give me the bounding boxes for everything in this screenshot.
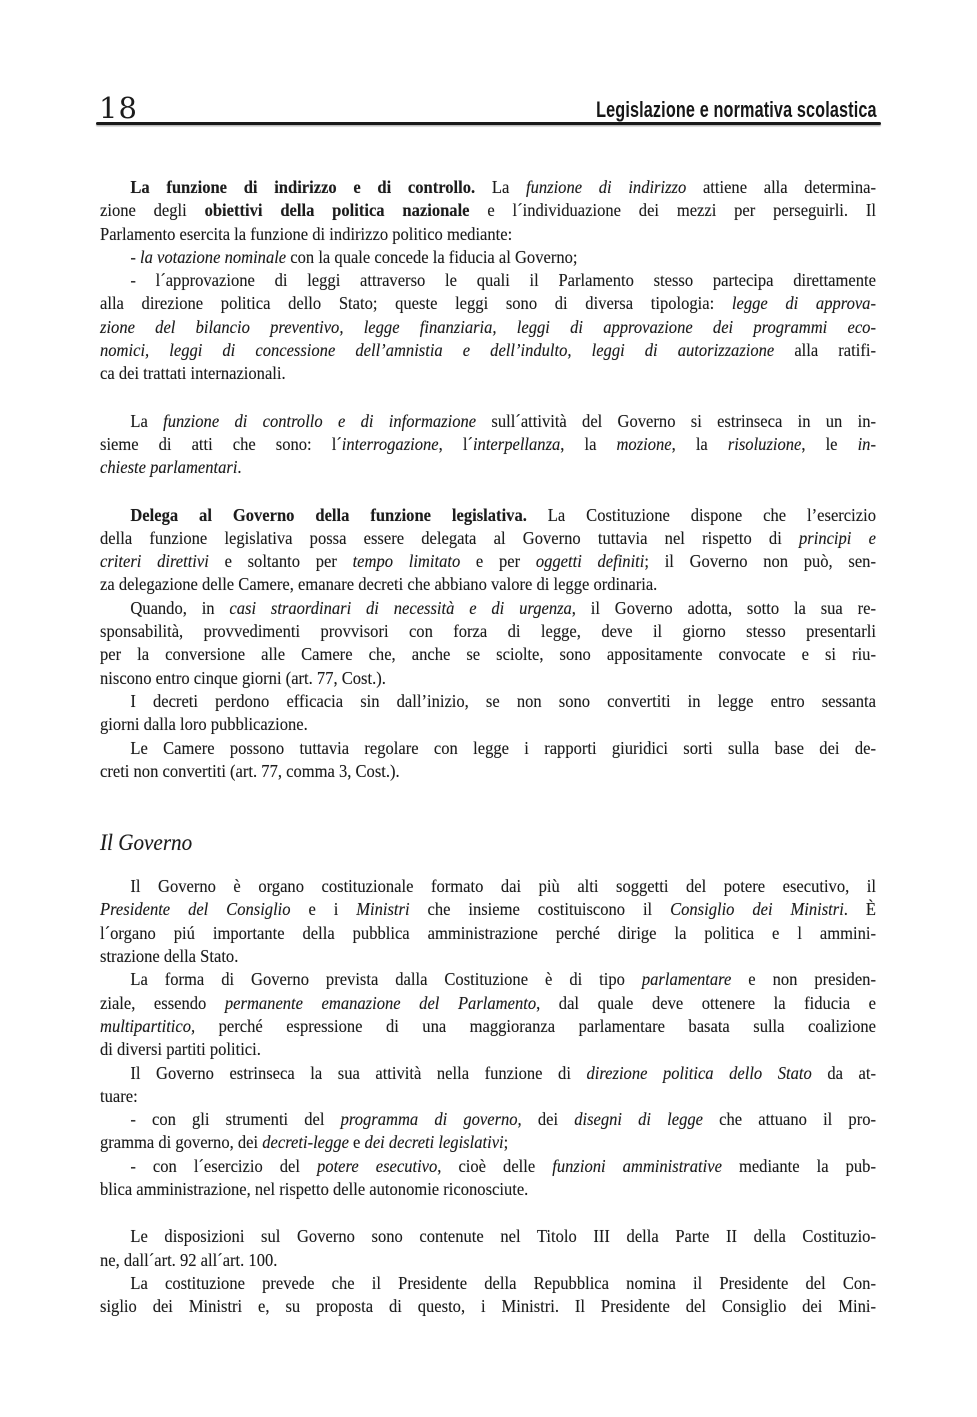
text-segment: ziale, essendo [100,993,225,1013]
text-segment: funzione di indirizzo [526,177,686,197]
text-segment: Ministri [356,899,409,919]
text-segment: , la [560,434,616,454]
text-segment: ca dei trattati internazionali. [100,363,286,383]
text-segment: alla direzione politica dello Stato; que… [100,293,732,313]
text-segment: zione degli [100,200,205,220]
text-line: - con gli strumenti del programma di gov… [100,1108,876,1131]
paragraph: - con l´esercizio del potere esecutivo, … [100,1155,876,1202]
text-segment: Il Governo è organo costituzionale forma… [130,876,876,896]
text-line: Quando, in casi straordinari di necessit… [100,597,876,620]
text-segment: e soltanto per [209,551,353,571]
text-segment: dei [522,1109,574,1129]
text-segment: mozione [616,434,671,454]
paragraph: La costituzione prevede che il President… [100,1272,876,1319]
text-segment: interpellanza [473,434,560,454]
text-segment: Quando, in [130,598,229,618]
text-segment: potere esecutivo [317,1156,437,1176]
text-segment: strazione della Stato. [100,946,238,966]
text-segment: ; il Governo non può, sen- [644,551,876,571]
paragraph: La forma di Governo prevista dalla Costi… [100,968,876,1061]
text-segment: e l´individuazione dei mezzi per persegu… [470,200,876,220]
text-segment: , il Governo adotta, sotto la sua re- [572,598,876,618]
text-segment: sponsabilità, provvedimenti provvisori c… [100,621,876,641]
text-segment: , dal quale deve ottenere la fiducia e [536,993,876,1013]
paragraph: Le disposizioni sul Governo sono contenu… [100,1225,876,1272]
text-line: di diversi partiti politici. [100,1038,876,1061]
paragraph: Il Governo è organo costituzionale forma… [100,875,876,968]
text-line: multipartitico, perché espressione di un… [100,1015,876,1038]
text-line: tuare: [100,1085,876,1108]
text-segment: obiettivi della politica nazionale [205,200,470,220]
text-line: I decreti perdono efficacia sin dall’ini… [100,690,876,713]
section-heading: Il Governo [100,827,876,858]
text-segment: permanente emanazione del Parlamento [225,993,536,1013]
text-segment: blica amministrazione, nel rispetto dell… [100,1179,528,1199]
text-segment: gramma di governo, dei [100,1132,262,1152]
text-line: creti non convertiti (art. 77, comma 3, … [100,760,876,783]
text-segment: , l´ [439,434,473,454]
text-segment: programma di governo, [341,1109,522,1129]
text-segment: decreti-legge [262,1132,349,1152]
text-segment: - l´approvazione di leggi attraverso le … [130,270,876,290]
text-segment: multipartitico, [100,1016,195,1036]
text-segment: casi straordinari di necessità e di urge… [229,598,571,618]
paragraph: Quando, in casi straordinari di necessit… [100,597,876,690]
text-segment: creti non convertiti (art. 77, comma 3, … [100,761,400,781]
text-segment: La costituzione prevede che il President… [130,1273,876,1293]
text-segment: Parlamento esercita la funzione di indir… [100,224,512,244]
text-segment: , cioè delle [437,1156,552,1176]
text-segment: alla ratifi- [774,340,876,360]
paragraph: Delega al Governo della funzione legisla… [100,504,876,597]
text-segment: La [475,177,526,197]
text-segment: Le disposizioni sul Governo sono contenu… [130,1226,876,1246]
text-segment: legge di approva- [732,293,876,313]
text-segment: sieme di atti che sono: l´ [100,434,342,454]
text-segment: . È [844,899,876,919]
text-line: - la votazione nominale con la quale con… [100,246,876,269]
paragraph: Il Governo estrinseca la sua attività ne… [100,1062,876,1109]
text-line: Parlamento esercita la funzione di indir… [100,223,876,246]
text-segment: la votazione nominale [140,247,286,267]
text-segment: perché espressione di una maggioranza pa… [195,1016,876,1036]
text-line: della funzione legislativa possa essere … [100,527,876,550]
text-segment: Le Camere possono tuttavia regolare con … [130,738,876,758]
text-line: gramma di governo, dei decreti-legge e d… [100,1131,876,1154]
header-rule [96,122,881,125]
paragraph: Le Camere possono tuttavia regolare con … [100,737,876,784]
paragraph: La funzione di controllo e di informazio… [100,410,876,480]
text-segment: I decreti perdono efficacia sin dall’ini… [130,691,876,711]
paragraph: - con gli strumenti del programma di gov… [100,1108,876,1155]
text-segment: sull´attività del Governo si estrinseca … [476,411,876,431]
text-segment: La forma di Governo prevista dalla Costi… [130,969,642,989]
text-segment: l´organo piú importante della pubblica a… [100,923,876,943]
text-segment: che insieme costituiscono il [410,899,671,919]
text-segment: oggetti definiti [536,551,645,571]
text-line: criteri direttivi e soltanto per tempo l… [100,550,876,573]
text-line: zione degli obiettivi della politica naz… [100,199,876,222]
text-line: per la conversione alle Camere che, anch… [100,643,876,666]
text-segment: e [349,1132,365,1152]
text-line: ne, dall´art. 92 all´art. 100. [100,1249,876,1272]
text-segment: dei decreti legislativi [365,1132,504,1152]
text-segment: , la [672,434,728,454]
text-line: ziale, essendo permanente emanazione del… [100,992,876,1015]
text-segment: che attuano il pro- [703,1109,876,1129]
text-segment: e non presiden- [731,969,876,989]
text-segment: e per [460,551,536,571]
text-line: La forma di Governo prevista dalla Costi… [100,968,876,991]
text-segment: funzione di controllo e di informazione [163,411,476,431]
text-segment: con la quale concede la fiducia al Gover… [286,247,577,267]
page: 18 Legislazione e normativa scolastica L… [0,0,977,1417]
text-segment: tempo limitato [353,551,461,571]
page-number: 18 [99,93,138,123]
text-segment: interrogazione [342,434,439,454]
text-line: l´organo piú importante della pubblica a… [100,922,876,945]
text-segment: criteri direttivi [100,551,209,571]
text-segment: funzioni amministrative [552,1156,722,1176]
text-segment: tuare: [100,1086,138,1106]
text-segment: di diversi partiti politici. [100,1039,261,1059]
text-segment: principi e [799,528,876,548]
page-body: La funzione di indirizzo e di controllo.… [100,176,876,1318]
text-segment: risoluzione [728,434,802,454]
text-line: La funzione di controllo e di informazio… [100,410,876,433]
text-segment: La funzione di indirizzo e di controllo. [130,177,475,197]
text-line: strazione della Stato. [100,945,876,968]
text-segment: della funzione legislativa possa essere … [100,528,799,548]
text-line: giorni dalla loro pubblicazione. [100,713,876,736]
text-segment: direzione politica dello Stato [586,1063,811,1083]
text-segment: disegni di legge [574,1109,703,1129]
text-segment: La [130,411,163,431]
text-line: Il Governo è organo costituzionale forma… [100,875,876,898]
text-segment: chieste parlamentari [100,457,237,477]
text-line: chieste parlamentari. [100,456,876,479]
text-segment: zione del bilancio preventivo, legge fin… [100,317,876,337]
text-segment: Consiglio dei Ministri [670,899,844,919]
text-line: alla direzione politica dello Stato; que… [100,292,876,315]
text-line: La costituzione prevede che il President… [100,1272,876,1295]
text-line: Le disposizioni sul Governo sono contenu… [100,1225,876,1248]
text-segment: La Costituzione dispone che l’esercizio [527,505,876,525]
text-segment: e i [291,899,357,919]
text-line: Presidente del Consiglio e i Ministri ch… [100,898,876,921]
running-title: Legislazione e normativa scolastica [596,98,877,121]
text-segment: - con l´esercizio del [130,1156,317,1176]
text-segment: in- [858,434,876,454]
text-line: siglio dei Ministri e, su proposta di qu… [100,1295,876,1318]
paragraph: La funzione di indirizzo e di controllo.… [100,176,876,386]
paragraph: I decreti perdono efficacia sin dall’ini… [100,690,876,737]
text-line: za delegazione delle Camere, emanare dec… [100,573,876,596]
text-segment: ne, dall´art. 92 all´art. 100. [100,1250,277,1270]
text-segment: parlamentare [642,969,731,989]
text-line: nomici, leggi di concessione dell’amnist… [100,339,876,362]
text-line: Il Governo estrinseca la sua attività ne… [100,1062,876,1085]
text-segment: Presidente del Consiglio [100,899,291,919]
text-segment: - [130,247,140,267]
text-segment: da at- [812,1063,876,1083]
text-segment: ; [504,1132,509,1152]
text-line: - l´approvazione di leggi attraverso le … [100,269,876,292]
text-segment: Delega al Governo della funzione legisla… [130,505,527,525]
text-segment: nomici, leggi di concessione dell’amnist… [100,340,774,360]
text-line: Le Camere possono tuttavia regolare con … [100,737,876,760]
text-line: niscono entro cinque giorni (art. 77, Co… [100,667,876,690]
text-line: sieme di atti che sono: l´interrogazione… [100,433,876,456]
text-segment: Il Governo estrinseca la sua attività ne… [130,1063,586,1083]
text-line: La funzione di indirizzo e di controllo.… [100,176,876,199]
text-segment: giorni dalla loro pubblicazione. [100,714,308,734]
text-segment: mediante la pub- [722,1156,876,1176]
text-line: zione del bilancio preventivo, legge fin… [100,316,876,339]
text-segment: , le [801,434,857,454]
text-line: sponsabilità, provvedimenti provvisori c… [100,620,876,643]
text-line: - con l´esercizio del potere esecutivo, … [100,1155,876,1178]
text-segment: . [237,457,241,477]
text-line: ca dei trattati internazionali. [100,362,876,385]
text-line: blica amministrazione, nel rispetto dell… [100,1178,876,1201]
text-segment: attiene alla determina- [686,177,876,197]
text-segment: per la conversione alle Camere che, anch… [100,644,876,664]
text-segment: siglio dei Ministri e, su proposta di qu… [100,1296,876,1316]
text-segment: niscono entro cinque giorni (art. 77, Co… [100,668,386,688]
text-segment: - con gli strumenti del [130,1109,340,1129]
text-line: Delega al Governo della funzione legisla… [100,504,876,527]
text-segment: za delegazione delle Camere, emanare dec… [100,574,657,594]
